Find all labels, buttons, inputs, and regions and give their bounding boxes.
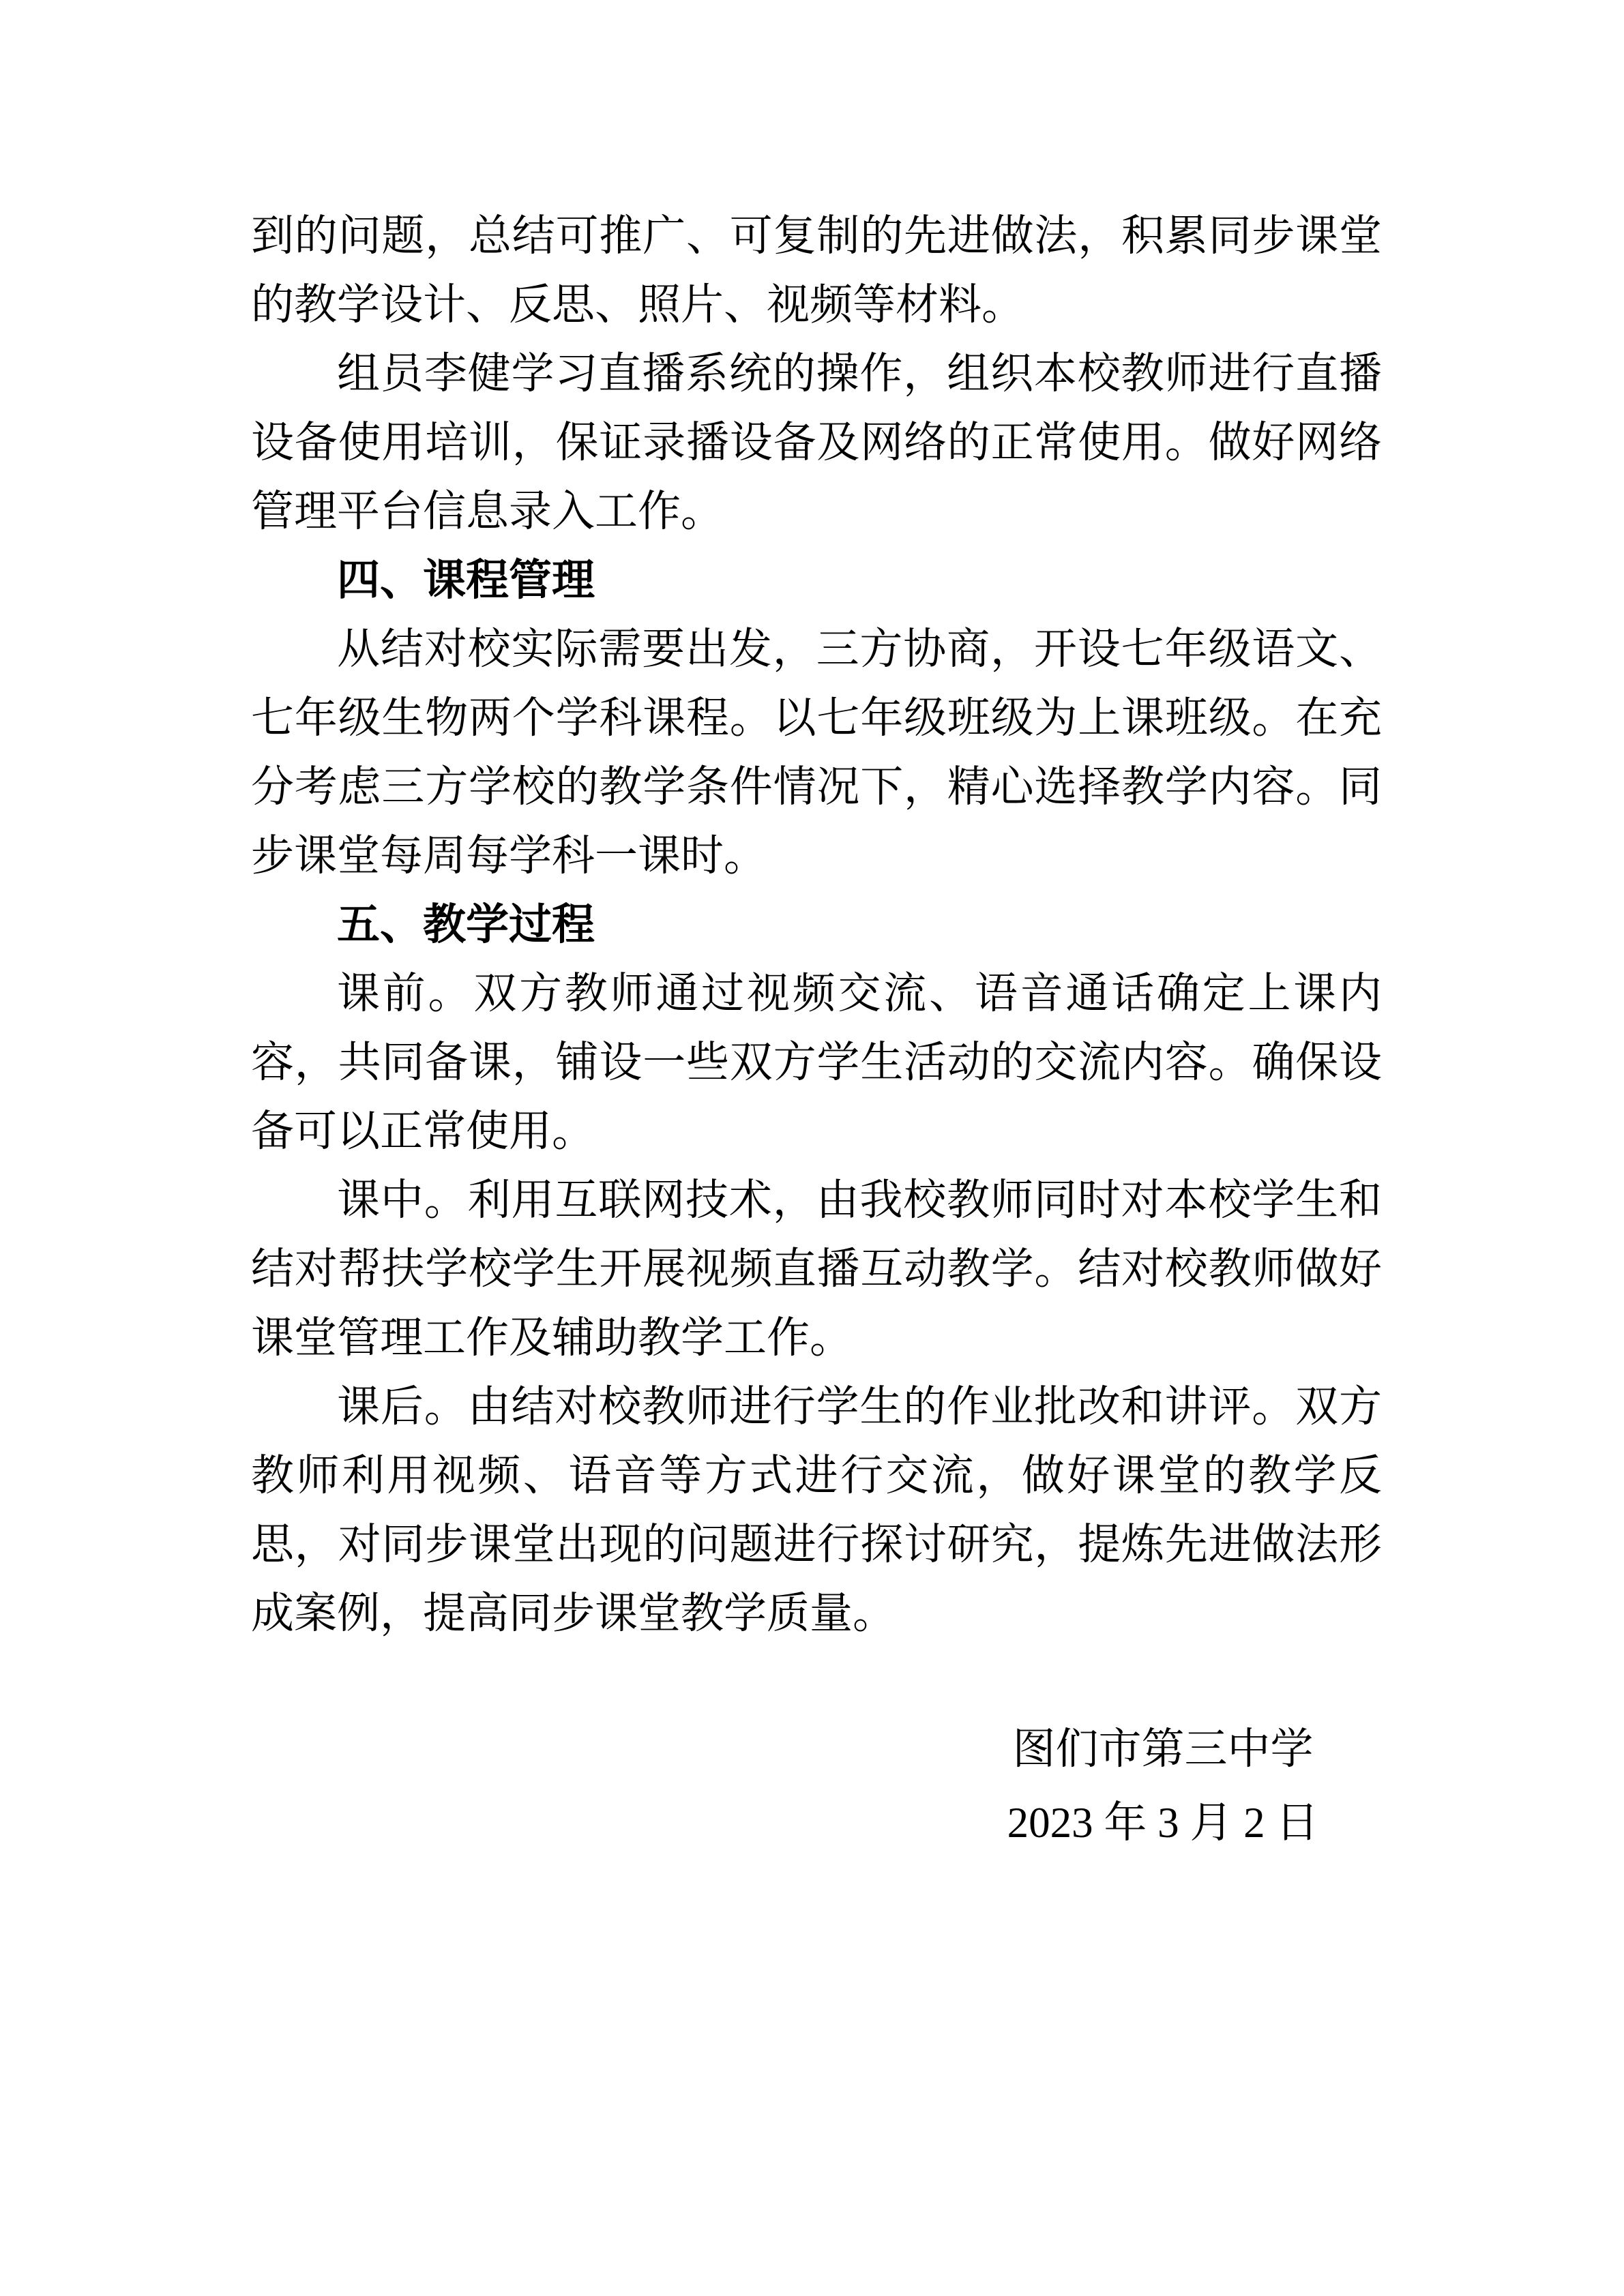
paragraph: 课前。双方教师通过视频交流、语音通话确定上课内容，共同备课，铺设一些双方学生活动… — [251, 959, 1382, 1166]
section-heading-course-management: 四、课程管理 — [251, 546, 1382, 615]
paragraph: 从结对校实际需要出发，三方协商，开设七年级语文、七年级生物两个学科课程。以七年级… — [251, 615, 1382, 891]
document-body: 到的问题，总结可推广、可复制的先进做法，积累同步课堂的教学设计、反思、照片、视频… — [251, 202, 1382, 1648]
signature-organization: 图们市第三中学 — [979, 1712, 1347, 1786]
signature-date: 2023 年 3 月 2 日 — [979, 1786, 1347, 1860]
document-page: 到的问题，总结可推广、可复制的先进做法，积累同步课堂的教学设计、反思、照片、视频… — [0, 0, 1624, 2296]
section-heading-teaching-process: 五、教学过程 — [251, 891, 1382, 959]
paragraph: 课中。利用互联网技术，由我校教师同时对本校学生和结对帮扶学校学生开展视频直播互动… — [251, 1166, 1382, 1373]
paragraph: 课后。由结对校教师进行学生的作业批改和讲评。双方教师利用视频、语音等方式进行交流… — [251, 1373, 1382, 1648]
paragraph: 组员李健学习直播系统的操作，组织本校教师进行直播设备使用培训，保证录播设备及网络… — [251, 340, 1382, 546]
signature-block: 图们市第三中学 2023 年 3 月 2 日 — [979, 1712, 1347, 1860]
paragraph-continuation: 到的问题，总结可推广、可复制的先进做法，积累同步课堂的教学设计、反思、照片、视频… — [251, 202, 1382, 340]
